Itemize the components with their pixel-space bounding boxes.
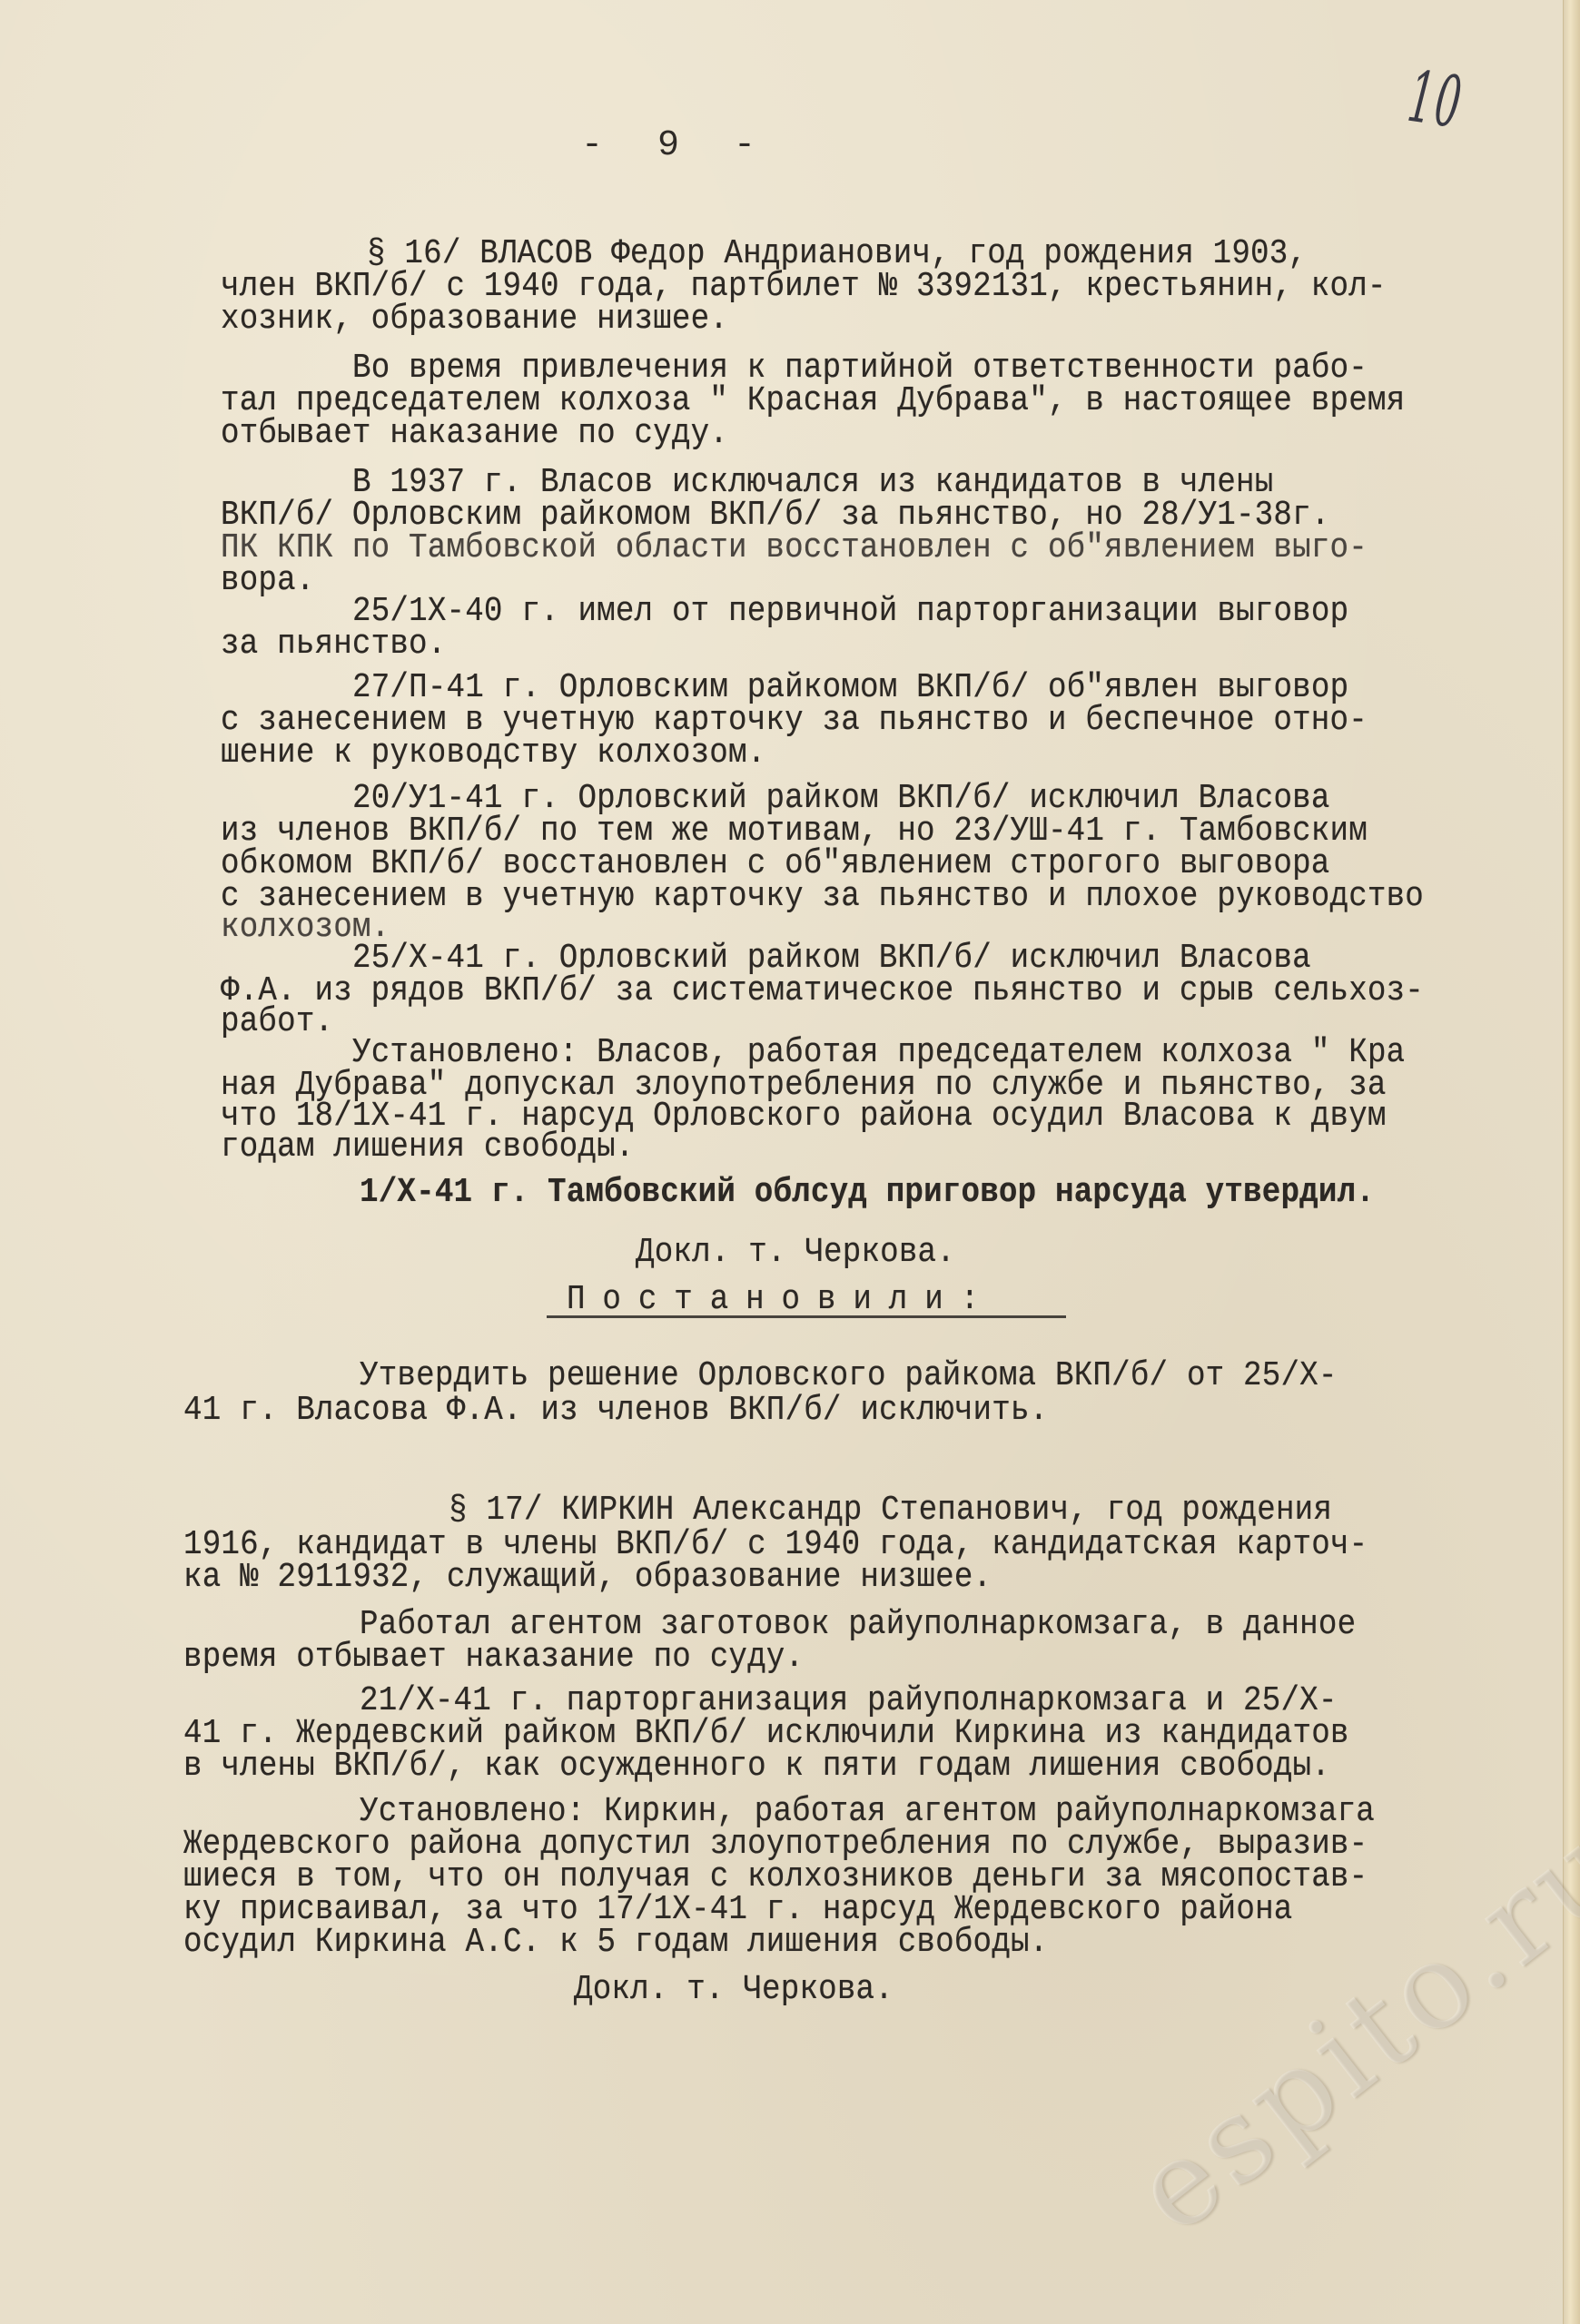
section17-line: осудил Киркина А.С. к 5 годам лишения св… (183, 1926, 1048, 1959)
section17-line: ка № 2911932, служащий, образование низш… (183, 1561, 992, 1594)
section17-line: Работал агентом заготовок райуполнаркомз… (360, 1609, 1356, 1641)
section16-line: ВКП/б/ Орловским райкомом ВКП/б/ за пьян… (221, 499, 1329, 532)
section16-line: с занесением в учетную карточку за пьянс… (221, 881, 1424, 913)
section16-line: 20/У1-41 г. Орловский райком ВКП/б/ искл… (352, 783, 1330, 815)
section17-line: 1916, кандидат в члены ВКП/б/ с 1940 год… (183, 1529, 1368, 1561)
section17-line: время отбывает наказание по суду. (183, 1641, 804, 1674)
section16-line: шение к руководству колхозом. (221, 737, 765, 770)
section16-line: 25/1Х-40 г. имел от первичной парторгани… (352, 596, 1348, 628)
section16-line: годам лишения свободы. (221, 1131, 634, 1164)
section16-reporter: Докл. т. Черкова. (636, 1236, 955, 1269)
decision-line: 41 г. Власова Ф.А. из членов ВКП/б/ искл… (183, 1394, 1048, 1427)
section16-line: Установлено: Власов, работая председател… (352, 1037, 1405, 1069)
section17-reporter: Докл. т. Черкова. (574, 1974, 894, 2006)
heading-underline (547, 1315, 1066, 1318)
section16-line: член ВКП/б/ с 1940 года, партбилет № 339… (221, 271, 1387, 303)
section17-line: ку присваивал, за что 17/1Х-41 г. нарсуд… (183, 1894, 1292, 1926)
section17-line: в члены ВКП/б/, как осужденного к пяти г… (183, 1750, 1330, 1783)
section16-line: 27/П-41 г. Орловским райкомом ВКП/б/ об"… (352, 672, 1348, 704)
section16-line: Ф.А. из рядов ВКП/б/ за систематическое … (221, 975, 1424, 1008)
section16-line: В 1937 г. Власов исключался из кандидато… (352, 467, 1273, 499)
document-page: 10 - 9 - § 16/ ВЛАСОВ Федор Андрианович,… (0, 0, 1580, 2324)
section16-line: Во время привлечения к партийной ответст… (352, 352, 1368, 385)
section17-line: Жердевского района допустил злоупотребле… (183, 1828, 1368, 1861)
section17-header: § 17/ КИРКИН Александр Степанович, год р… (449, 1494, 1332, 1527)
section16-line: ПК КПК по Тамбовской области восстановле… (221, 532, 1368, 565)
decision-line: Утвердить решение Орловского райкома ВКП… (360, 1360, 1338, 1393)
page-number: - 9 - (581, 125, 772, 166)
section16-line: работ. (221, 1006, 333, 1039)
section16-line: вора. (221, 565, 315, 597)
section16-line: 25/Х-41 г. Орловский райком ВКП/б/ исклю… (352, 942, 1311, 975)
section17-line: шиеся в том, что он получая с колхознико… (183, 1861, 1368, 1894)
page-edge (1563, 0, 1580, 2324)
section16-line: хозник, образование низшее. (221, 303, 728, 336)
section16-line: за пьянство. (221, 628, 446, 661)
resolved-heading: Постановили: (567, 1284, 996, 1316)
section16-line: с занесением в учетную карточку за пьянс… (221, 704, 1368, 737)
section16-line: 1/Х-41 г. Тамбовский облсуд приговор нар… (360, 1177, 1375, 1209)
section16-header: § 16/ ВЛАСОВ Федор Андрианович, год рожд… (367, 238, 1307, 271)
section16-line: отбывает наказание по суду. (221, 418, 728, 450)
section17-line: 41 г. Жердевский райком ВКП/б/ исключили… (183, 1718, 1349, 1750)
folio-number: 10 (1403, 56, 1467, 144)
section17-line: Установлено: Киркин, работая агентом рай… (360, 1796, 1375, 1828)
section16-line: обкомом ВКП/б/ восстановлен с об"явление… (221, 848, 1329, 881)
section16-line: тал председателем колхоза " Красная Дубр… (221, 385, 1405, 418)
section16-line: из членов ВКП/б/ по тем же мотивам, но 2… (221, 815, 1368, 848)
section17-line: 21/Х-41 г. парторганизация райуполнарком… (360, 1685, 1338, 1718)
